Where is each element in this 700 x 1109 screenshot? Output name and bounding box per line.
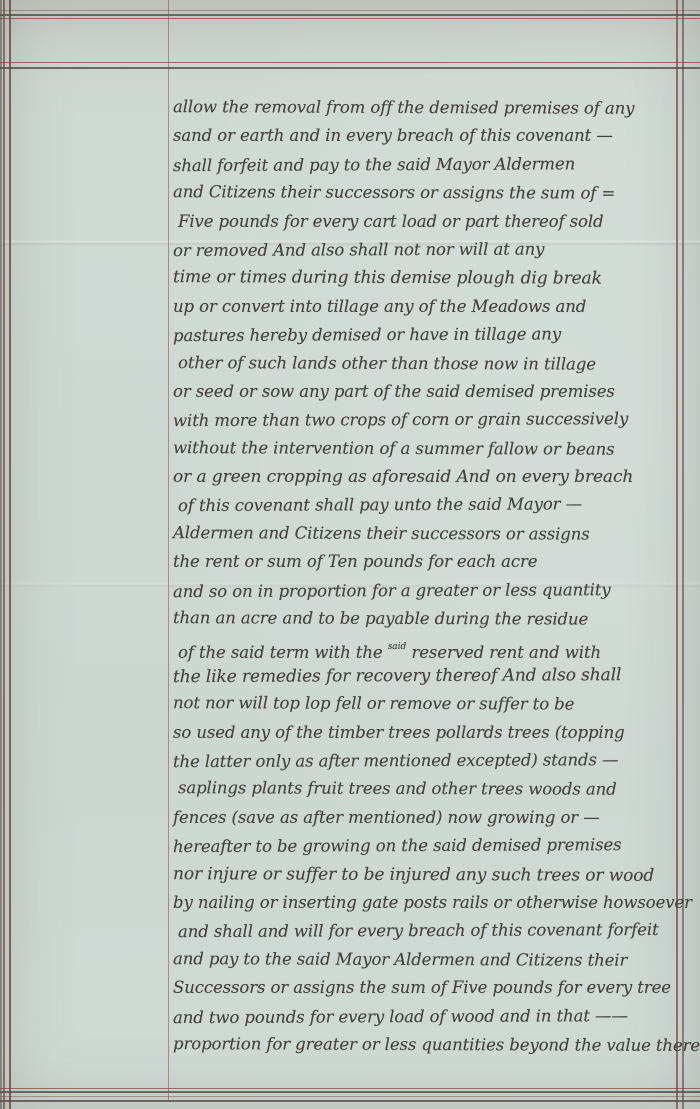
manuscript-line: the like remedies for recovery thereof A… [173, 661, 678, 692]
manuscript-line: saplings plants fruit trees and other tr… [173, 774, 678, 804]
manuscript-line: pastures hereby demised or have in tilla… [173, 320, 678, 351]
interlined-insertion: said [388, 642, 407, 652]
text-margin-rule [168, 0, 169, 1102]
manuscript-line: other of such lands other than those now… [173, 349, 678, 379]
header-rule-dark [0, 67, 700, 69]
document-text: allow the removal from off the demised p… [173, 94, 678, 1059]
manuscript-line: not nor will top lop fell or remove or s… [173, 689, 678, 719]
line-text-post: reserved rent and with [406, 643, 601, 662]
bottom-rule-red-1 [0, 1088, 700, 1089]
manuscript-line: fences (save as after mentioned) now gro… [173, 804, 678, 832]
manuscript-line: or removed And also shall not nor will a… [173, 235, 678, 266]
manuscript-line: than an acre and to be payable during th… [173, 604, 678, 634]
manuscript-line: the latter only as after mentioned excep… [173, 746, 678, 777]
manuscript-line-with-interlineation: of the said term with the said reserved … [173, 633, 678, 661]
manuscript-line: by nailing or inserting gate posts rails… [173, 889, 678, 917]
manuscript-line: and so on in proportion for a greater or… [173, 576, 678, 607]
scan-edge [0, 0, 2, 1109]
manuscript-line: and pay to the said Mayor Aldermen and C… [173, 945, 678, 975]
manuscript-line: or seed or sow any part of the said demi… [173, 378, 678, 406]
left-rule-dark [9, 0, 11, 1109]
top-rule-thin [0, 10, 700, 11]
manuscript-line: proportion for greater or less quantitie… [173, 1030, 678, 1060]
manuscript-line: allow the removal from off the demised p… [173, 93, 678, 123]
manuscript-line: sand or earth and in every breach of thi… [173, 122, 678, 150]
manuscript-line: so used any of the timber trees pollards… [173, 719, 678, 747]
manuscript-line: hereafter to be growing on the said demi… [173, 831, 678, 862]
left-rule-red [3, 0, 5, 1109]
top-rule-thick [0, 14, 700, 16]
manuscript-line: shall forfeit and pay to the said Mayor … [173, 150, 678, 181]
manuscript-line: Five pounds for every cart load or part … [173, 208, 678, 236]
manuscript-line: nor injure or suffer to be injured any s… [173, 860, 678, 890]
right-rule-dark [682, 0, 684, 1109]
line-text-pre: of the said term with the [178, 643, 388, 662]
manuscript-line: and Citizens their successors or assigns… [173, 178, 678, 208]
manuscript-line: or a green cropping as aforesaid And on … [173, 463, 678, 491]
top-rule-red [0, 18, 700, 19]
bottom-rule-dark-1 [0, 1091, 700, 1093]
manuscript-line: Successors or assigns the sum of Five po… [173, 974, 678, 1002]
manuscript-line: time or times during this demise plough … [173, 263, 678, 293]
manuscript-line: and two pounds for every load of wood an… [173, 1001, 678, 1032]
manuscript-page: allow the removal from off the demised p… [0, 0, 700, 1109]
header-rule-red [0, 62, 700, 63]
bottom-rule-dark-2 [0, 1100, 700, 1102]
manuscript-line: with more than two crops of corn or grai… [173, 405, 678, 436]
bottom-rule-red-2 [0, 1096, 700, 1097]
manuscript-line: up or convert into tillage any of the Me… [173, 293, 678, 321]
manuscript-line: without the intervention of a summer fal… [173, 434, 678, 464]
manuscript-line: of this covenant shall pay unto the said… [173, 490, 678, 521]
manuscript-line: and shall and will for every breach of t… [173, 916, 678, 947]
manuscript-line: the rent or sum of Ten pounds for each a… [173, 548, 678, 576]
manuscript-line: Aldermen and Citizens their successors o… [173, 519, 678, 549]
